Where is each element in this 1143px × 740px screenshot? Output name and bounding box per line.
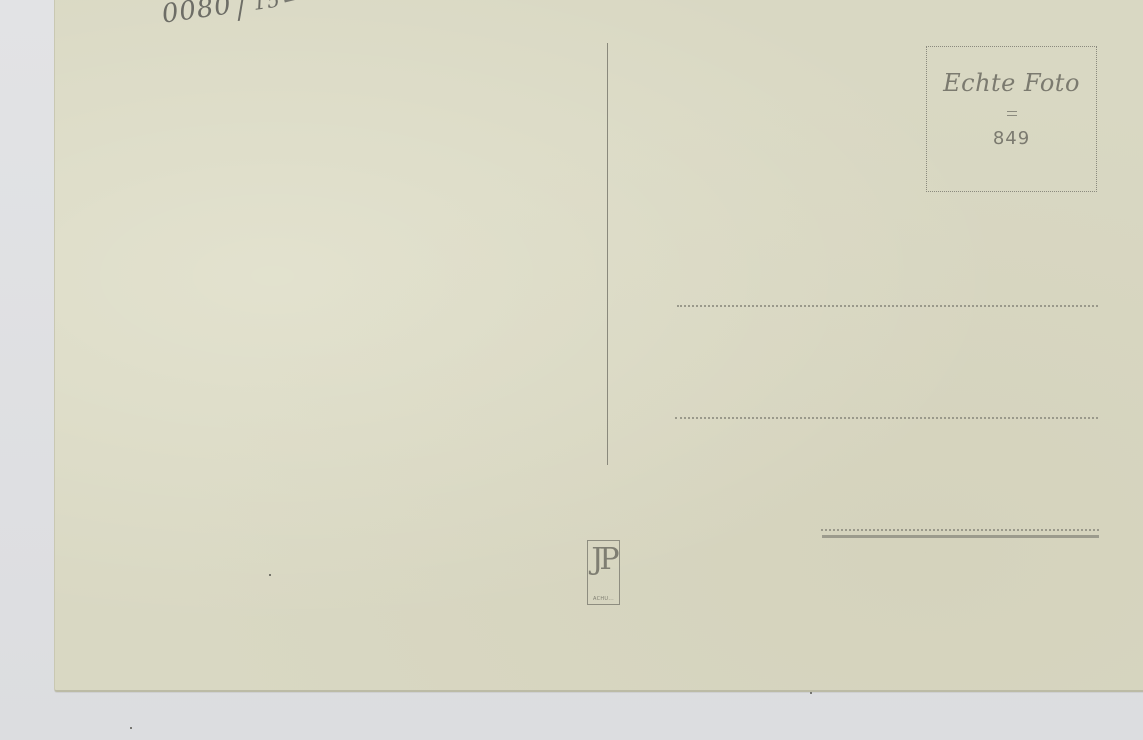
publisher-logo-subtext: ACHU... (593, 596, 614, 602)
address-line-2 (675, 417, 1098, 419)
address-line-3-underline (822, 535, 1099, 538)
stamp-box: Echte Foto 849 (926, 46, 1097, 192)
center-divider-line (607, 43, 608, 465)
stamp-separator (1007, 111, 1017, 116)
handwritten-dash (284, 0, 320, 2)
dust-speck (130, 727, 132, 729)
stamp-number: 849 (927, 128, 1096, 149)
dust-speck (810, 692, 812, 694)
publisher-logo: JP ACHU... (587, 540, 620, 605)
address-line-3 (821, 529, 1099, 531)
dust-speck (269, 574, 271, 576)
publisher-logo-icon: JP (591, 545, 615, 575)
handwritten-suffix: 15 (252, 0, 283, 15)
stamp-title: Echte Foto (927, 69, 1096, 97)
address-line-1 (677, 305, 1098, 307)
